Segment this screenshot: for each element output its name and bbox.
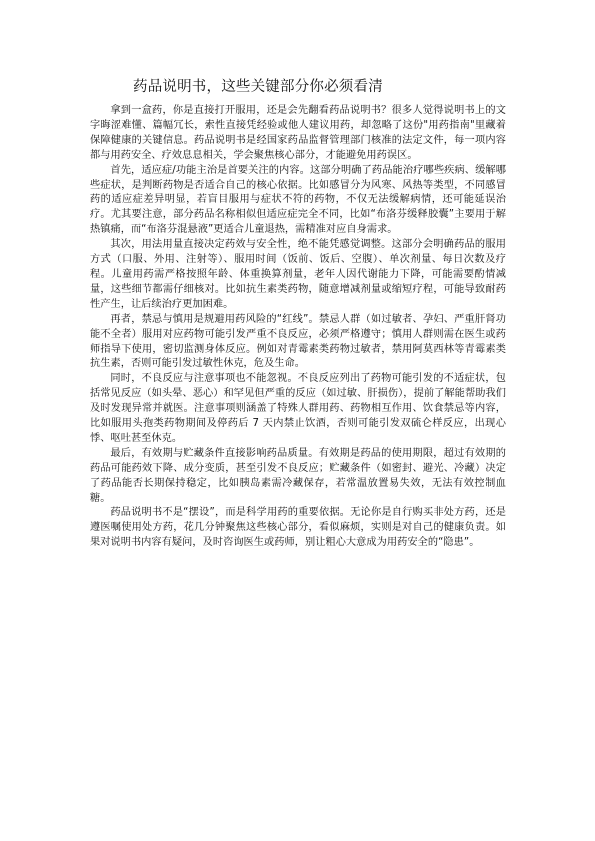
- document-page: 药品说明书，这些关键部分你必须看清 拿到一盒药，你是直接打开服用，还是会先翻看药…: [90, 78, 506, 551]
- paragraph-contraindications: 再者，禁忌与慎用是规避用药风险的“红线”。禁忌人群（如过敏者、孕妇、严重肝肾功能…: [90, 313, 506, 373]
- paragraph-expiry-storage: 最后，有效期与贮藏条件直接影响药品质量。有效期是药品的使用期限，超过有效期的药品…: [90, 447, 506, 507]
- paragraph-conclusion: 药品说明书不是“摆设”，而是科学用药的重要依据。无论你是自行购买非处方药，还是遵…: [90, 506, 506, 551]
- paragraph-adverse-reactions: 同时，不良反应与注意事项也不能忽视。不良反应列出了药物可能引发的不适症状，包括常…: [90, 372, 506, 447]
- paragraph-dosage: 其次，用法用量直接决定药效与安全性，绝不能凭感觉调整。这部分会明确药品的服用方式…: [90, 238, 506, 313]
- paragraph-indications: 首先，适应症/功能主治是首要关注的内容。这部分明确了药品能治疗哪些疾病、缓解哪些…: [90, 164, 506, 239]
- document-title: 药品说明书，这些关键部分你必须看清: [90, 78, 506, 96]
- paragraph-intro: 拿到一盒药，你是直接打开服用，还是会先翻看药品说明书？很多人觉得说明书上的文字晦…: [90, 104, 506, 164]
